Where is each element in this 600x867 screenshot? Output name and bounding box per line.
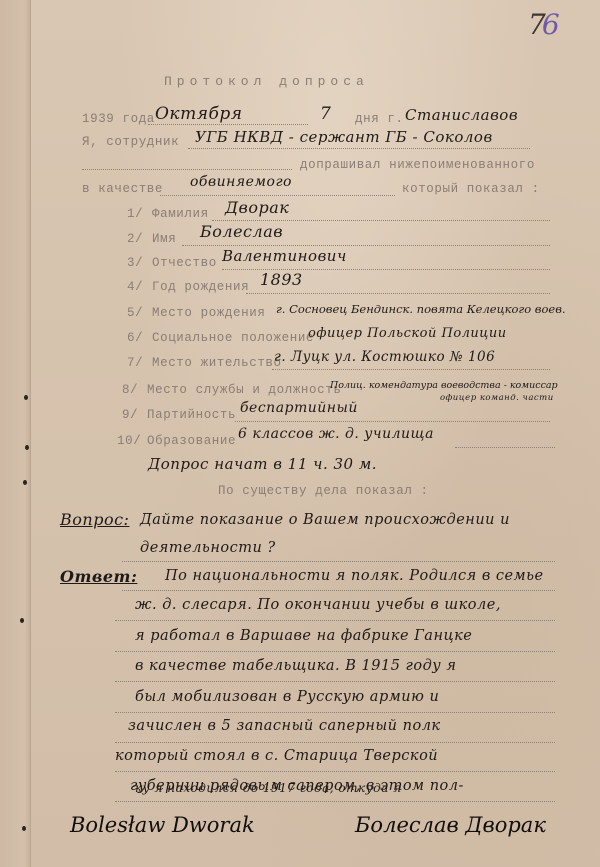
as-label: в качестве [82, 182, 163, 196]
folio-digit: 7 [528, 8, 542, 41]
answer-line: ку я находился до 1917 года, откуда я [135, 781, 402, 795]
interrogation-start-time: Допрос начат в 11 ч. 30 м. [148, 455, 377, 473]
answer-line: зачислен в 5 запасный саперный полк [128, 718, 441, 734]
field-value-birthplace: г. Сосновец Бендинск. повята Келецкого в… [276, 302, 566, 316]
field-number: 8/ [122, 383, 138, 397]
field-label-social-status: Социальное положение [152, 331, 314, 345]
day-label: дня г. [355, 112, 404, 126]
dotted-leader [212, 220, 550, 221]
dotted-leader [160, 195, 395, 196]
field-label-birthplace: Место рождения [152, 306, 265, 320]
dotted-leader [235, 421, 550, 422]
field-number: 4/ [127, 280, 143, 294]
field-value-birth-year: 1893 [260, 270, 303, 289]
dotted-leader [115, 742, 555, 743]
dotted-leader [115, 712, 555, 713]
month-value: Октября [155, 104, 242, 124]
punch-hole [25, 445, 29, 450]
field-label-patronymic: Отчество [152, 256, 217, 270]
field-value-patronymic: Валентинович [222, 247, 347, 265]
question-label: Вопрос: [60, 510, 129, 529]
field-number: 1/ [127, 207, 143, 221]
who-testified-label: который показал : [402, 182, 540, 196]
dotted-leader [115, 681, 555, 682]
city-value: Станиславов [405, 106, 518, 124]
punch-hole [24, 395, 28, 400]
dotted-leader [82, 169, 292, 170]
punch-hole [20, 618, 24, 623]
answer-line: который стоял в с. Старица Тверской [115, 748, 438, 764]
folio-digit: 6 [542, 8, 556, 41]
punch-hole [22, 826, 26, 831]
field-value-workplace-line2: офицер команд. части [440, 393, 554, 403]
answer-line: я работал в Варшаве на фабрике Ганцке [135, 628, 472, 644]
dotted-leader [115, 651, 555, 652]
dotted-leader [148, 124, 308, 125]
field-value-workplace: Полиц. комендатура воеводства - комиссар [330, 380, 558, 391]
field-label-residence: Место жительство [152, 356, 282, 370]
dotted-leader [115, 771, 555, 772]
field-label-surname: Фамилия [152, 207, 209, 221]
dotted-leader [246, 293, 550, 294]
day-value: 7 [320, 104, 331, 124]
field-label-birth-year: Год рождения [152, 280, 249, 294]
field-number: 10/ [117, 434, 141, 448]
as-value: обвиняемого [190, 174, 292, 190]
field-number: 5/ [127, 306, 143, 320]
officer-label: Я, сотрудник [82, 135, 179, 149]
officer-value: УГБ НКВД - сержант ГБ - Соколов [195, 128, 493, 146]
answer-line: По национальности я поляк. Родился в сем… [165, 568, 544, 584]
dotted-leader [188, 148, 530, 149]
dotted-leader [272, 369, 550, 370]
signature-cyrillic: Болеслав Дворак [355, 813, 546, 837]
answer-label: Ответ: [60, 567, 137, 586]
dotted-leader [122, 561, 555, 562]
dotted-leader [122, 590, 555, 591]
field-label-education: Образование [147, 434, 236, 448]
question-line: Дайте показание о Вашем происхождении и [140, 512, 510, 528]
field-number: 7/ [127, 356, 143, 370]
question-line: деятельности ? [140, 540, 276, 556]
document-title: Протокол допроса [164, 74, 369, 89]
year-label: 1939 года [82, 112, 155, 126]
field-number: 6/ [127, 331, 143, 345]
dotted-leader [182, 245, 550, 246]
field-number: 2/ [127, 232, 143, 246]
answer-line: в качестве табельщика. В 1915 году я [135, 658, 456, 674]
field-value-education: 6 классов ж. д. училища [238, 426, 434, 442]
answer-line: ж. д. слесаря. По окончании учебы в школ… [135, 597, 501, 613]
dotted-leader [115, 620, 555, 621]
field-number: 9/ [122, 408, 138, 422]
field-value-party: беспартийный [240, 400, 358, 416]
field-value-social-status: офицер Польской Полиции [308, 326, 507, 341]
field-number: 3/ [127, 256, 143, 270]
interrogated-label: допрашивал нижепоименованного [300, 158, 535, 172]
folio-number: 76 [528, 8, 556, 41]
signature-latin: Bolesław Dworak [70, 813, 255, 837]
binding-margin [0, 0, 31, 867]
punch-hole [23, 480, 27, 485]
answer-line: был мобилизован в Русскую армию и [135, 689, 439, 705]
dotted-leader [115, 801, 555, 802]
field-value-residence: г. Луцк ул. Костюшко № 106 [274, 349, 495, 365]
field-label-first-name: Имя [152, 232, 176, 246]
section-subtitle: По существу дела показал : [218, 484, 429, 498]
document-page: 76 Протокол допроса 1939 года Октября 7 … [0, 0, 600, 867]
field-label-party: Партийность [147, 408, 236, 422]
field-value-surname: Дворак [225, 198, 289, 217]
field-label-workplace: Место службы и должность [147, 383, 341, 397]
dotted-leader [455, 447, 555, 448]
field-value-first-name: Болеслав [200, 222, 283, 241]
